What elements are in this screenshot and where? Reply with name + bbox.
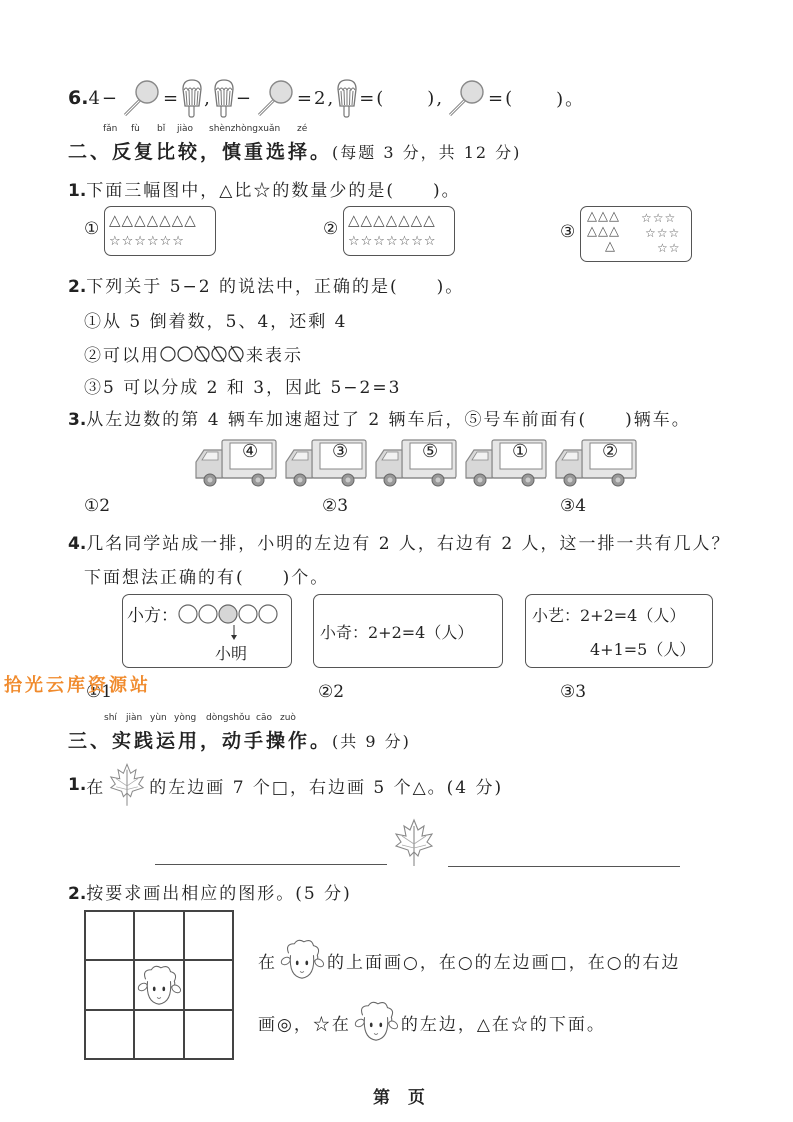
equation-text: )。 <box>556 85 585 111</box>
option-3[interactable]: ③3 <box>560 682 586 702</box>
pinyin-syllable: zuò <box>280 713 296 723</box>
question-2-3: 3.从左边数的第 4 辆车加速超过了 2 辆车后，⑤号车前面有( )辆车。 <box>68 405 691 430</box>
xiaofang-label: 小方： <box>127 601 178 626</box>
truck: ③ <box>284 436 368 488</box>
arrow-down-icon <box>230 625 238 641</box>
xiaoqi-text: 小奇：2+2=4（人） <box>320 620 473 643</box>
pinyin-syllable: fǎn <box>103 124 131 134</box>
question-2-1: 1.下面三幅图中，△比☆的数量少的是( )。 <box>68 176 461 201</box>
truck-number: ⑤ <box>422 441 438 462</box>
truck-icon <box>284 436 368 488</box>
maple-leaf-icon <box>394 818 434 868</box>
section-2-pinyin: fǎnfùbǐjiàoshènzhòngxuǎnzé <box>103 124 307 134</box>
question-6: 6. 4− = , − =2, =( ), =( )。 <box>68 78 585 118</box>
pinyin-syllable: fù <box>131 124 157 134</box>
pinyin-syllable: bǐ <box>157 124 177 134</box>
grid-cell-center <box>134 960 184 1010</box>
xiaoming-label: 小明 <box>215 641 247 664</box>
truck-icon <box>374 436 458 488</box>
question-number: 1. <box>68 181 86 201</box>
option-1[interactable]: ①从 5 倒着数，5、4，还剩 4 <box>84 307 347 332</box>
grid-cell[interactable] <box>85 960 134 1010</box>
truck-number: ④ <box>242 441 258 462</box>
option-text: ②可以用 <box>84 341 160 366</box>
equation-text: ), <box>427 88 444 109</box>
option-2[interactable]: ②2 <box>318 682 344 702</box>
maple-leaf-icon <box>109 762 145 808</box>
popsicle-icon <box>212 78 236 118</box>
question-3-1: 1. 在 的左边画 7 个□，右边画 5 个△。(4 分) <box>68 762 503 808</box>
watermark: 拾光云库资源站 <box>4 671 151 697</box>
question-text: 几名同学站成一排，小明的左边有 2 人，右边有 2 人，这一排一共有几人？ <box>86 534 730 554</box>
section-3-heading: 三、实践运用，动手操作。(共 9 分) <box>68 726 411 753</box>
circles-crossed-icon <box>160 345 246 363</box>
triangles-row: △△△△△△△ <box>109 209 211 231</box>
drawing-line-left[interactable] <box>155 864 387 865</box>
sheep-icon <box>279 938 325 982</box>
truck: ② <box>554 436 638 488</box>
pinyin-syllable: zé <box>297 124 307 134</box>
truck-number: ③ <box>332 441 348 462</box>
popsicle-icon <box>335 78 359 118</box>
truck-icon <box>554 436 638 488</box>
pinyin-syllable: jiàn <box>126 713 150 723</box>
question-text: 从左边数的第 4 辆车加速超过了 2 辆车后，⑤号车前面有( )辆车。 <box>86 410 691 430</box>
pinyin-syllable: shí <box>104 713 126 723</box>
question-2-2: 2.下列关于 5−2 的说法中，正确的是( )。 <box>68 272 464 297</box>
popsicle-icon <box>180 78 204 118</box>
option-text: 来表示 <box>246 341 303 366</box>
section-score: (每题 3 分，共 12 分) <box>332 143 521 162</box>
instruction-line-1: 在 的上面画○，在○的左边画□，在○的右边 <box>258 938 681 982</box>
section-title: 三、实践运用，动手操作。 <box>68 730 332 752</box>
option-3[interactable]: ③5 可以分成 2 和 3，因此 5−2=3 <box>84 373 401 398</box>
option-2[interactable]: ②3 <box>322 496 348 516</box>
lollipop-icon <box>255 78 295 118</box>
question-text: 的左边画 7 个□，右边画 5 个△。(4 分) <box>149 773 503 798</box>
lollipop-icon <box>121 78 161 118</box>
truck: ⑤ <box>374 436 458 488</box>
triangles-row: △△△△△△△ <box>348 209 450 231</box>
triangles-row: △△△ <box>587 224 620 239</box>
section-score: (共 9 分) <box>332 732 411 751</box>
truck: ① <box>464 436 548 488</box>
drawing-grid <box>84 910 234 1060</box>
question-3-2: 2.按要求画出相应的图形。(5 分) <box>68 879 352 904</box>
truck-row: ④ ③ ⑤ ① ② <box>194 436 654 490</box>
sheep-icon <box>353 1000 399 1044</box>
stars-row: ☆☆☆ <box>641 211 681 226</box>
question-text: 在 <box>86 773 105 798</box>
triangles-row: △ <box>587 239 620 254</box>
stars-row: ☆☆ <box>641 241 681 256</box>
grid-cell[interactable] <box>85 911 134 960</box>
stars-row: ☆☆☆ <box>641 226 681 241</box>
question-text: 下面三幅图中，△比☆的数量少的是( )。 <box>86 181 460 201</box>
equation-text: = <box>163 88 180 109</box>
drawing-line-right[interactable] <box>448 866 680 867</box>
truck-icon <box>464 436 548 488</box>
truck-number: ② <box>602 441 618 462</box>
grid-cell[interactable] <box>184 960 233 1010</box>
equation-text: =( <box>488 88 514 109</box>
pinyin-syllable: yòng <box>174 713 206 723</box>
grid-cell[interactable] <box>184 1010 233 1059</box>
option-3-box: △△△ △△△ △ ☆☆☆ ☆☆☆ ☆☆ <box>580 206 692 262</box>
xiaoyi-line-1: 小艺：2+2=4（人） <box>532 603 685 626</box>
question-number: 4. <box>68 534 86 554</box>
question-2-4: 4.几名同学站成一排，小明的左边有 2 人，右边有 2 人，这一排一共有几人？ <box>68 529 731 554</box>
truck: ④ <box>194 436 278 488</box>
option-2[interactable]: ②可以用 来表示 <box>84 341 303 366</box>
stars-row: ☆☆☆☆☆☆ <box>109 231 211 253</box>
instruction-text: 的上面画○，在○的左边画□，在○的右边 <box>327 948 681 973</box>
triangles-row: △△△ <box>587 209 620 224</box>
question-number: 1. <box>68 775 86 795</box>
option-1-label[interactable]: ① <box>84 219 99 239</box>
section-title: 二、反复比较，慎重选择。 <box>68 141 332 163</box>
option-3-label[interactable]: ③ <box>560 222 575 242</box>
grid-cell[interactable] <box>85 1010 134 1059</box>
page-number-label: 第 页 <box>373 1083 431 1108</box>
xiaoyi-box: 小艺：2+2=4（人） 4+1=5（人） <box>525 594 713 668</box>
question-number: 3. <box>68 410 86 430</box>
lollipop-icon <box>446 78 486 118</box>
question-text: 按要求画出相应的图形。(5 分) <box>86 884 351 904</box>
truck-icon <box>194 436 278 488</box>
instruction-text: 的左边，△在☆的下面。 <box>401 1010 606 1035</box>
pinyin-syllable: dòngshǒu <box>206 713 256 723</box>
question-number: 2. <box>68 277 86 297</box>
instruction-line-2: 画◎，☆在 的左边，△在☆的下面。 <box>258 1000 606 1044</box>
equation-text: =( <box>359 88 385 109</box>
sheep-icon <box>136 964 182 1008</box>
pinyin-syllable: jiào <box>177 124 209 134</box>
pinyin-syllable: cāo <box>256 713 280 723</box>
xiaoqi-box: 小奇：2+2=4（人） <box>313 594 503 668</box>
people-circles-icon <box>178 603 278 625</box>
question-number: 6. <box>68 87 88 109</box>
pinyin-syllable: yùn <box>150 713 174 723</box>
question-number: 2. <box>68 884 86 904</box>
equation-text: − <box>236 88 253 109</box>
equation-text: =2, <box>297 88 335 109</box>
equation-text: , <box>204 88 212 109</box>
option-1[interactable]: ①2 <box>84 496 110 516</box>
truck-number: ① <box>512 441 528 462</box>
stars-row: ☆☆☆☆☆☆☆ <box>348 231 450 253</box>
grid-cell[interactable] <box>134 1010 184 1059</box>
question-text: 下列关于 5−2 的说法中，正确的是( )。 <box>86 277 464 297</box>
xiaofang-box: 小方： 小明 <box>122 594 292 668</box>
section-3-pinyin: shíjiànyùnyòngdòngshǒucāozuò <box>104 713 296 723</box>
pinyin-syllable: shènzhòngxuǎn <box>209 124 297 134</box>
grid-cell[interactable] <box>134 911 184 960</box>
equation-text: 4− <box>88 88 119 109</box>
grid-cell[interactable] <box>184 911 233 960</box>
option-2-label[interactable]: ② <box>323 219 338 239</box>
option-3[interactable]: ③4 <box>560 496 586 516</box>
option-1-box: △△△△△△△ ☆☆☆☆☆☆ <box>104 206 216 256</box>
option-2-box: △△△△△△△ ☆☆☆☆☆☆☆ <box>343 206 455 256</box>
question-2-4-prompt: 下面想法正确的有( )个。 <box>84 563 329 588</box>
xiaoyi-line-2: 4+1=5（人） <box>590 637 695 660</box>
section-2-heading: 二、反复比较，慎重选择。(每题 3 分，共 12 分) <box>68 137 521 164</box>
instruction-text: 在 <box>258 948 277 973</box>
instruction-text: 画◎，☆在 <box>258 1010 351 1035</box>
